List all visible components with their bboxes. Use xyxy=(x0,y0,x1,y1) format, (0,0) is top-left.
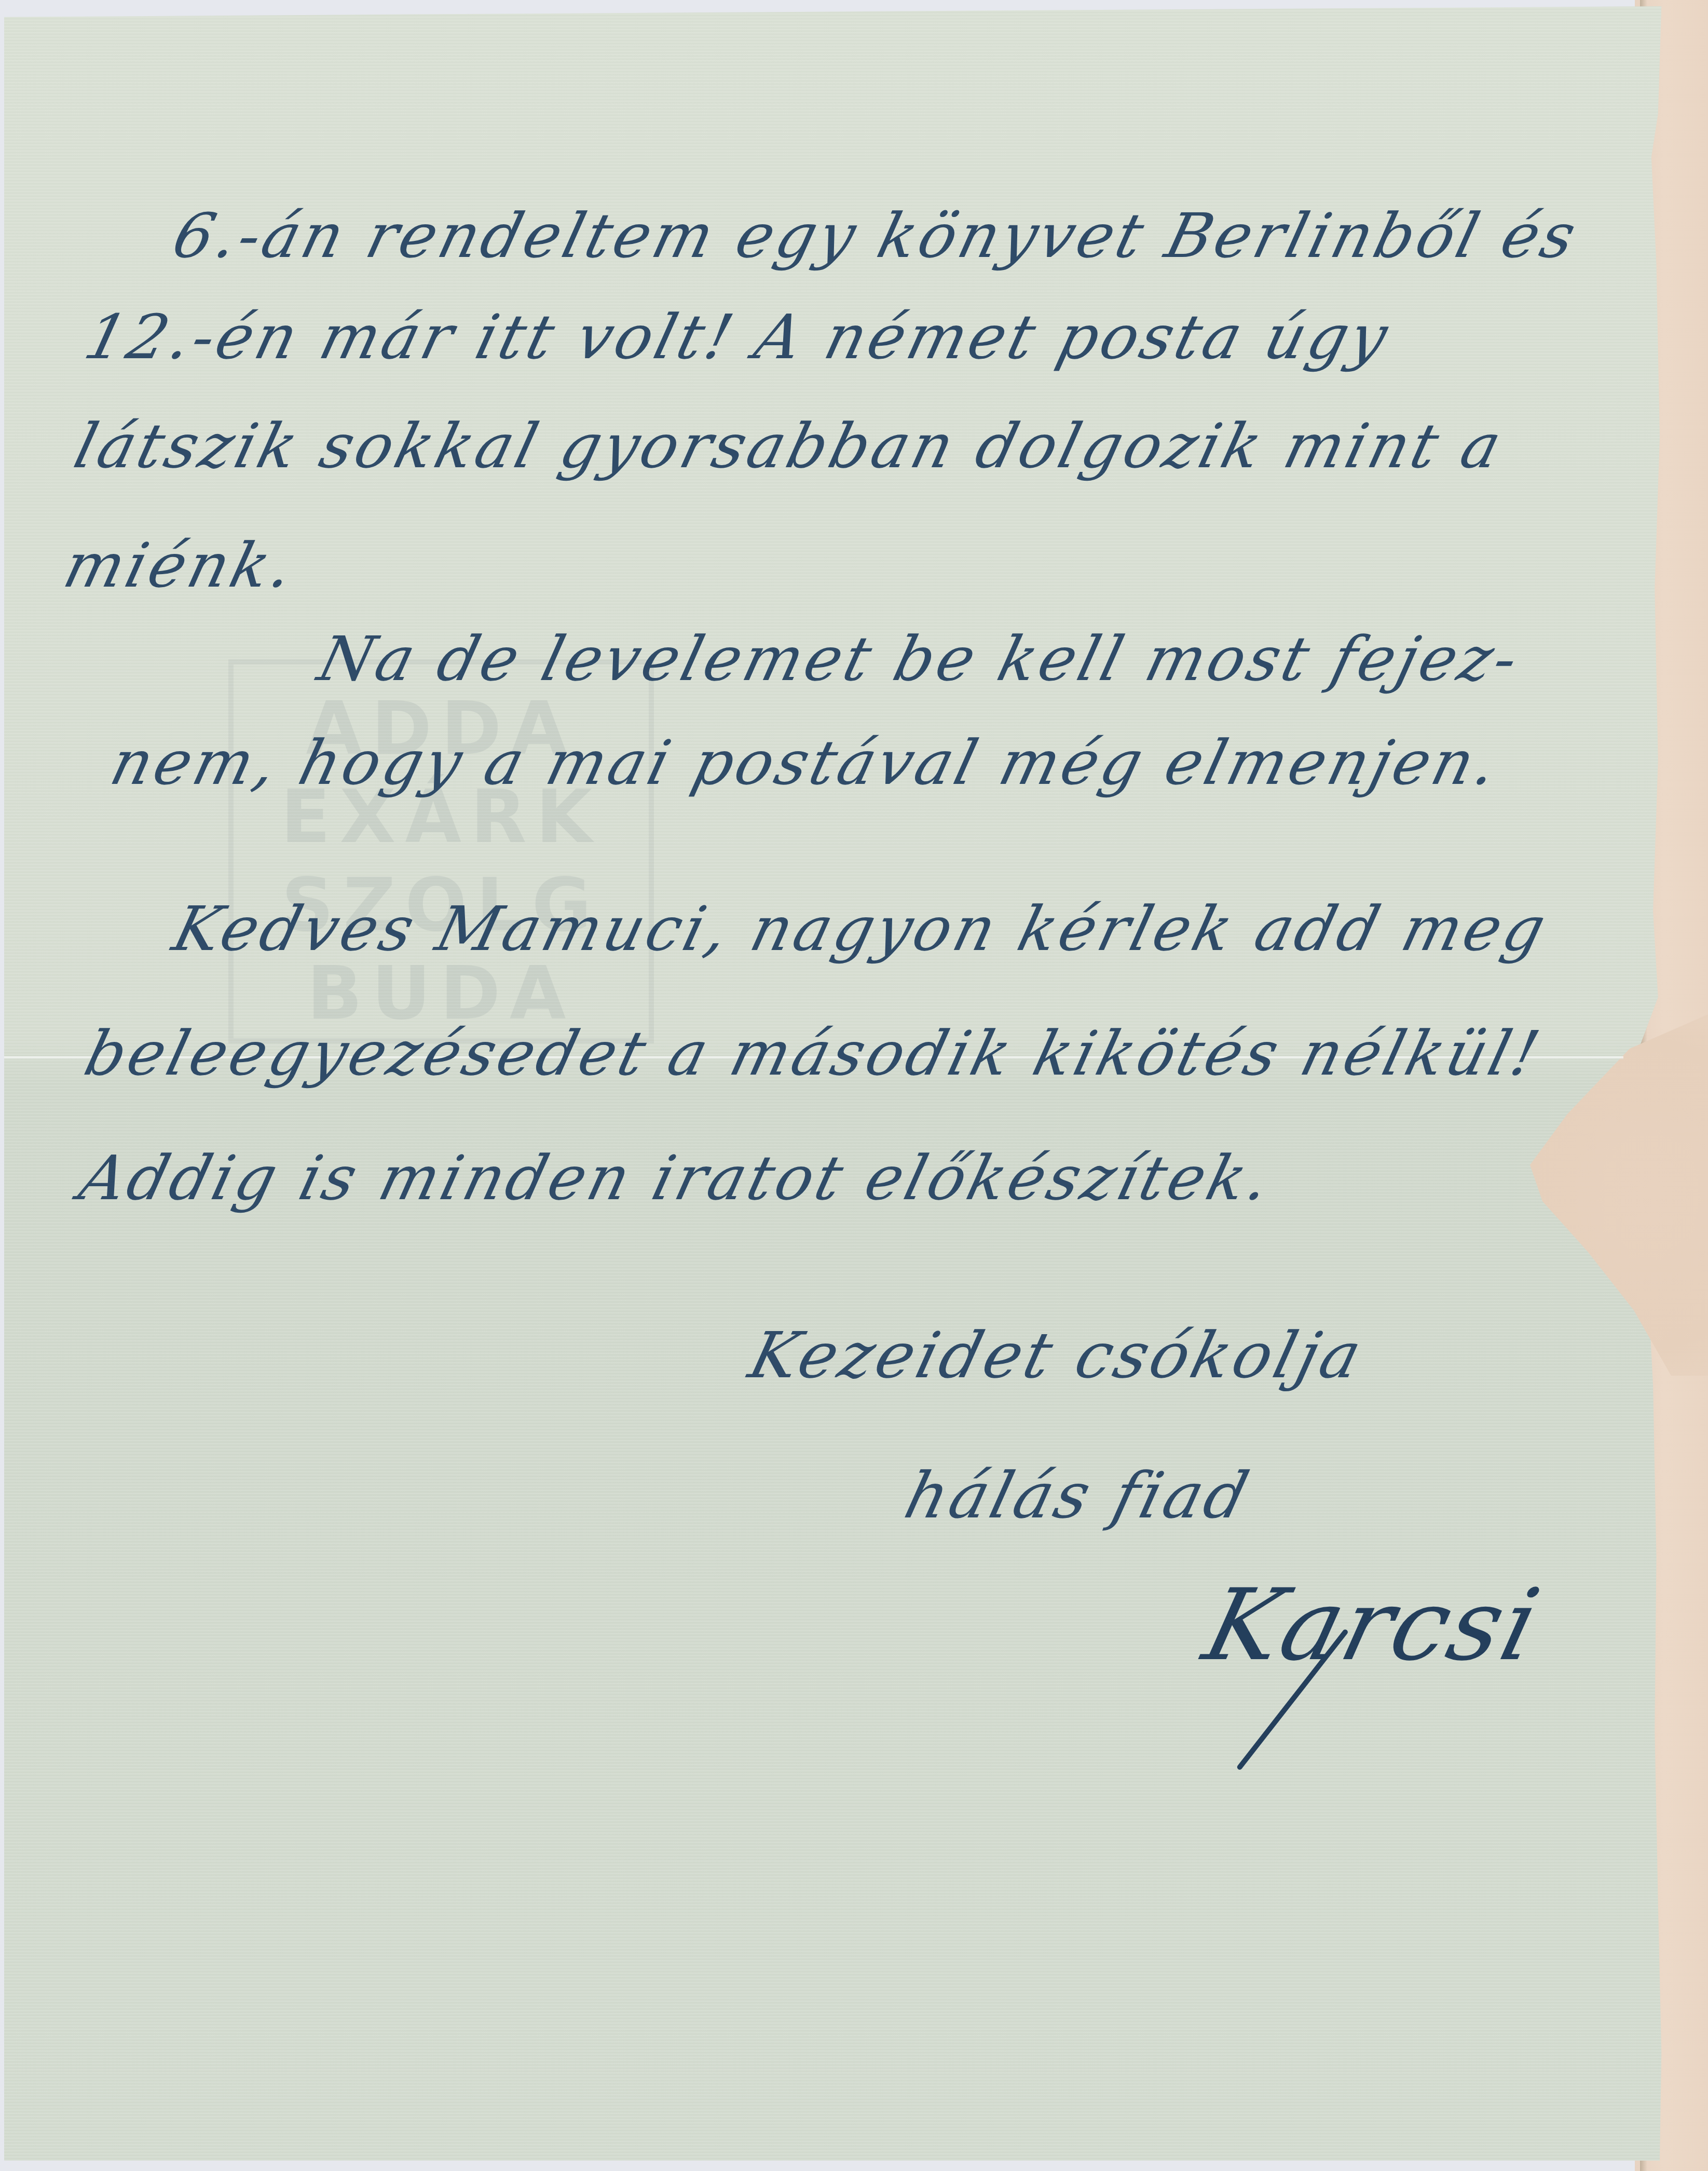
letter-line-9: Addig is minden iratot előkészítek. xyxy=(73,1142,1280,1214)
letter-line-6: nem, hogy a mai postával még elmenjen. xyxy=(104,727,1507,798)
letter-line-4: miénk. xyxy=(57,530,304,601)
show-through-stamp: ADDA EXÁRK SZOLG BUDA xyxy=(228,659,654,1043)
letter-line-2: 12.-én már itt volt! A német posta úgy xyxy=(78,301,1398,373)
letter-line-1: 6.-án rendeltem egy könyvet Berlinből és xyxy=(166,200,1586,272)
letter-line-8: beleegyezésedet a második kikötés nélkül… xyxy=(78,1017,1549,1089)
letter-line-5: Na de levelemet be kell most fejez- xyxy=(311,623,1528,695)
closing-from: hálás fiad xyxy=(898,1459,1259,1532)
letter-line-7: Kedves Mamuci, nagyon kérlek add meg xyxy=(166,893,1555,965)
letter-photo: ADDA EXÁRK SZOLG BUDA 6.-án rendeltem eg… xyxy=(0,0,1708,2171)
signature: Karcsi xyxy=(1194,1568,1552,1682)
letter-line-3: látszik sokkal gyorsabban dolgozik mint … xyxy=(67,410,1511,482)
closing-greeting: Kezeidet csókolja xyxy=(742,1319,1371,1392)
